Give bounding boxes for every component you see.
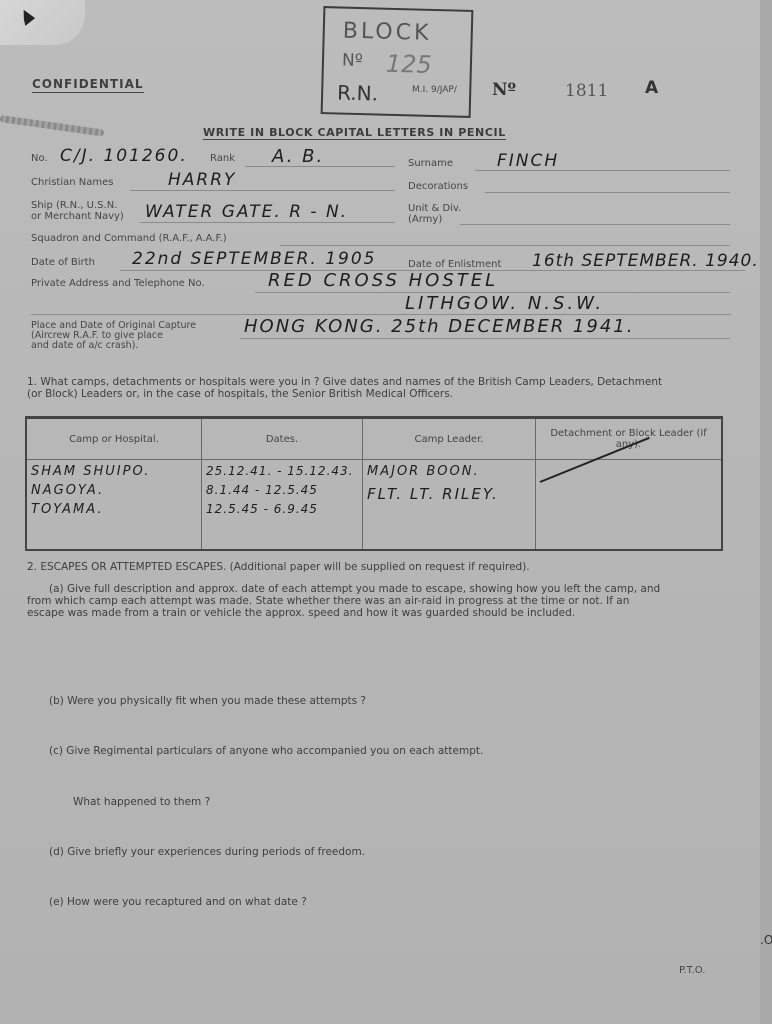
squadron-label: Squadron and Command (R.A.F., A.A.F.) bbox=[31, 233, 227, 244]
folded-corner bbox=[0, 0, 85, 45]
question-2c-followup: What happened to them ? bbox=[73, 796, 210, 808]
question-2a-line2: from which camp each attempt was made. S… bbox=[27, 595, 737, 607]
camp-entry: NAGOYA. bbox=[31, 481, 197, 500]
leader-entry: FLT. LT. RILEY. bbox=[367, 485, 531, 504]
enlistment-field[interactable]: 16th SEPTEMBER. 1940. bbox=[532, 251, 759, 271]
address-line2 bbox=[31, 314, 731, 315]
camp-entry: TOYAMA. bbox=[31, 500, 197, 519]
surname-field[interactable]: FINCH bbox=[497, 151, 559, 171]
form-number-value: 1811 bbox=[565, 81, 608, 101]
camps-table: Camp or Hospital. Dates. Camp Leader. De… bbox=[25, 416, 723, 551]
question-2a: (a) Give full description and approx. da… bbox=[27, 583, 737, 619]
col-camp-leader: Camp Leader. bbox=[363, 418, 536, 460]
col-dates: Dates. bbox=[202, 418, 363, 460]
ship-field[interactable]: WATER GATE. R - N. bbox=[145, 202, 348, 222]
unit-label: Unit & Div.(Army) bbox=[408, 203, 461, 225]
christian-names-field[interactable]: HARRY bbox=[168, 170, 236, 190]
address-line1-field[interactable]: RED CROSS HOSTEL bbox=[268, 270, 498, 291]
unit-label-line1: Unit & Div. bbox=[408, 203, 461, 214]
no-label: No. bbox=[31, 153, 48, 164]
question-2a-line3: escape was made from a train or vehicle … bbox=[27, 607, 737, 619]
ship-line bbox=[140, 222, 395, 223]
camp-cell[interactable]: SHAM SHUIPO. NAGOYA. TOYAMA. bbox=[26, 460, 202, 551]
rank-field[interactable]: A. B. bbox=[272, 146, 324, 167]
camp-entry: SHAM SHUIPO. bbox=[31, 462, 197, 481]
rank-line bbox=[245, 166, 395, 167]
capture-label: Place and Date of Original Capture(Aircr… bbox=[31, 321, 196, 351]
block-stamp: BLOCK Nº 125 R.N. bbox=[321, 6, 474, 118]
dates-entry: 12.5.45 - 6.9.45 bbox=[206, 500, 358, 519]
question-2a-line1: (a) Give full description and approx. da… bbox=[27, 583, 737, 595]
stamp-block-number: 125 bbox=[386, 50, 433, 79]
capture-label-line3: and date of a/c crash). bbox=[31, 340, 138, 351]
enlistment-label: Date of Enlistment bbox=[408, 259, 501, 270]
mi-code: M.I. 9/JAP/ bbox=[412, 85, 457, 95]
camps-table-header: Camp or Hospital. Dates. Camp Leader. De… bbox=[26, 418, 722, 460]
question-2c: (c) Give Regimental particulars of anyon… bbox=[49, 745, 483, 757]
question-2d: (d) Give briefly your experiences during… bbox=[49, 846, 365, 858]
camp-leader-cell[interactable]: MAJOR BOON. FLT. LT. RILEY. bbox=[363, 460, 536, 551]
form-number-suffix: A bbox=[645, 78, 658, 98]
question-1-line2: (or Block) Leaders or, in the case of ho… bbox=[27, 388, 747, 400]
address-line2-field[interactable]: LITHGOW. N.S.W. bbox=[405, 293, 604, 314]
dates-entry: 8.1.44 - 12.5.45 bbox=[206, 481, 358, 500]
capture-field[interactable]: HONG KONG. 25th DECEMBER 1941. bbox=[244, 316, 634, 337]
ship-label: Ship (R.N., U.S.N.or Merchant Navy) bbox=[31, 200, 124, 222]
stamp-block-text: BLOCK bbox=[342, 19, 431, 46]
stamp-rn-text: R.N. bbox=[337, 80, 378, 105]
binding-string bbox=[0, 115, 104, 137]
unit-field[interactable] bbox=[460, 224, 730, 225]
col-camp: Camp or Hospital. bbox=[26, 418, 202, 460]
dates-entry: 25.12.41. - 15.12.43. bbox=[206, 462, 358, 481]
col-detachment-leader: Detachment or Block Leader (if any). bbox=[536, 418, 723, 460]
rank-label: Rank bbox=[210, 153, 235, 164]
page-edge bbox=[760, 0, 772, 1024]
form-page: BLOCK Nº 125 R.N. CONFIDENTIAL M.I. 9/JA… bbox=[0, 0, 762, 1024]
question-1-line1: 1. What camps, detachments or hospitals … bbox=[27, 376, 747, 388]
instruction-heading: WRITE IN BLOCK CAPITAL LETTERS IN PENCIL bbox=[203, 126, 506, 140]
unit-label-line2: (Army) bbox=[408, 214, 442, 225]
decorations-field[interactable] bbox=[485, 192, 730, 193]
christian-names-line bbox=[130, 190, 395, 191]
dates-cell[interactable]: 25.12.41. - 15.12.43. 8.1.44 - 12.5.45 1… bbox=[202, 460, 363, 551]
question-2-title: 2. ESCAPES OR ATTEMPTED ESCAPES. (Additi… bbox=[27, 561, 530, 573]
surname-line bbox=[475, 170, 730, 171]
dob-field[interactable]: 22nd SEPTEMBER. 1905 bbox=[132, 249, 376, 269]
squadron-field[interactable] bbox=[280, 245, 730, 246]
decorations-label: Decorations bbox=[408, 181, 468, 192]
question-2e: (e) How were you recaptured and on what … bbox=[49, 896, 307, 908]
ship-label-line1: Ship (R.N., U.S.N. bbox=[31, 200, 117, 211]
edge-mark: .O bbox=[760, 933, 772, 947]
question-2b: (b) Were you physically fit when you mad… bbox=[49, 695, 366, 707]
question-1: 1. What camps, detachments or hospitals … bbox=[27, 376, 747, 400]
camps-table-body: SHAM SHUIPO. NAGOYA. TOYAMA. 25.12.41. -… bbox=[26, 460, 722, 551]
leader-entry: MAJOR BOON. bbox=[367, 462, 531, 481]
no-field[interactable]: C/J. 101260. bbox=[60, 146, 188, 166]
form-number-label: Nº bbox=[492, 80, 516, 100]
address-label: Private Address and Telephone No. bbox=[31, 278, 205, 289]
confidential-label: CONFIDENTIAL bbox=[32, 77, 144, 93]
stamp-no-text: Nº bbox=[342, 51, 363, 72]
pto-label: P.T.O. bbox=[679, 965, 705, 976]
surname-label: Surname bbox=[408, 158, 453, 169]
ship-label-line2: or Merchant Navy) bbox=[31, 211, 124, 222]
dob-label: Date of Birth bbox=[31, 257, 95, 268]
christian-names-label: Christian Names bbox=[31, 177, 113, 188]
capture-line bbox=[240, 338, 730, 339]
